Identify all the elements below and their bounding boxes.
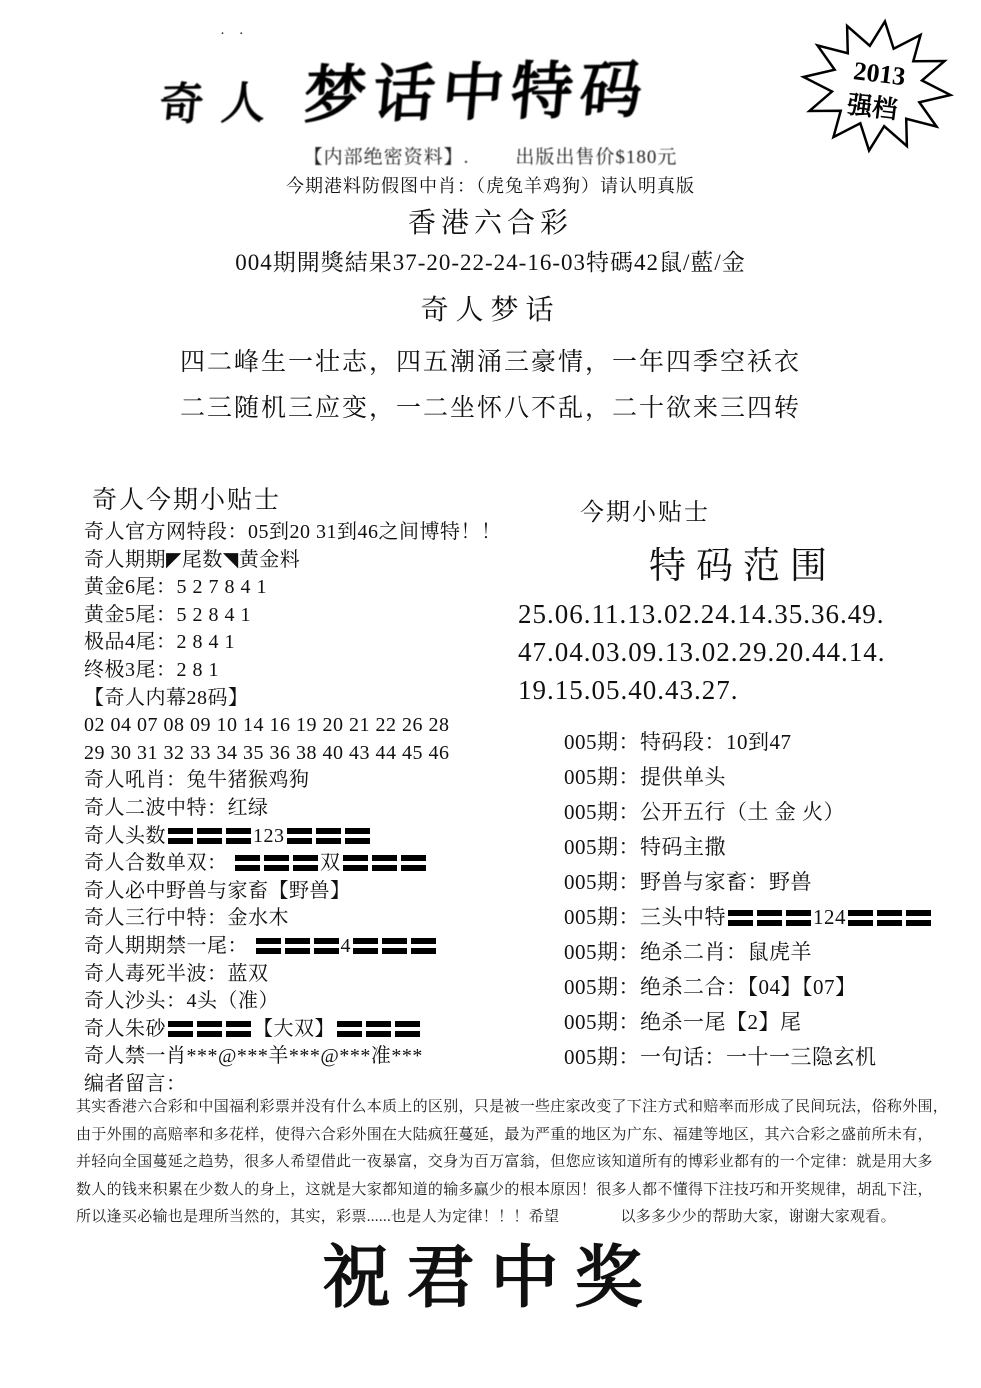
tip-text: 124: [813, 905, 846, 929]
tip-row: 005期：特码主撒: [564, 830, 968, 865]
tip-text: 奇人必中野兽与家畜【野兽】: [84, 880, 351, 902]
tip-row: 由于外围的高赔率和多花样，使得六合彩外围在大陆疯狂蔓延，最为严重的地区为广东、福…: [76, 1122, 960, 1150]
tip-text: 黄金6尾：5 2 7 8 4 1: [84, 576, 267, 598]
tip-row: 奇人合数单双： 双: [84, 850, 564, 878]
tip-row: 005期：绝杀二肖：鼠虎羊: [564, 935, 968, 970]
tip-row: 数人的钱来积累在少数人的身上，这就是大家都知道的输多赢少的根本原因！很多人都不懂…: [76, 1177, 960, 1205]
censor-bar-icon: [337, 1021, 362, 1037]
tip-text: 29 30 31 32 33 34 35 36 38 40 43 44 45 4…: [84, 742, 450, 764]
tip-row: 奇人头数123: [84, 823, 564, 851]
special-code-range-numbers: 25.06.11.13.02.24.14.35.36.49.47.04.03.0…: [518, 595, 968, 709]
tip-text: 黄金5尾：5 2 8 4 1: [84, 604, 251, 626]
tip-row: 02 04 07 08 09 10 14 16 19 20 21 22 26 2…: [84, 712, 564, 740]
censor-bar-icon: [226, 1021, 251, 1037]
tip-text: 由于外围的高赔率和多花样，使得六合彩外围在大陆疯狂蔓延，最为严重的地区为广东、福…: [76, 1127, 933, 1143]
tip-text: 终极3尾：2 8 1: [84, 659, 219, 681]
tip-text: 005期：绝杀二合：【04】【07】: [564, 975, 857, 999]
censor-bar-icon: [372, 855, 397, 871]
tip-row: 【奇人内幕28码】: [84, 685, 564, 713]
tip-text: 奇人禁一肖***@***羊***@***准***: [84, 1045, 423, 1067]
tip-row: 其实香港六合彩和中国福利彩票并没有什么本质上的区别，只是被一些庄家改变了下注方式…: [76, 1094, 960, 1122]
tip-text: 005期：公开五行（土 金 火）: [564, 800, 845, 824]
censor-bar-icon: [168, 1021, 193, 1037]
page-title-main: 梦话中特码: [301, 57, 652, 131]
tip-row: 奇人三行中特：金水木: [84, 905, 564, 933]
tip-row: 奇人朱砂【大双】: [84, 1016, 564, 1044]
tip-text: 双: [320, 852, 341, 874]
page-title: 奇人梦话中特码: [0, 37, 814, 140]
tip-row: 19.15.05.40.43.27.: [518, 671, 968, 709]
tip-row: 25.06.11.13.02.24.14.35.36.49.: [518, 595, 968, 633]
tip-row: 并轻向全国蔓延之趋势，很多人希望借此一夜暴富，交身为百万富翁，但您应该知道所有的…: [76, 1149, 960, 1177]
censor-bar-icon: [293, 855, 318, 871]
tip-row: 005期：提供单头: [564, 760, 968, 795]
censor-bar-icon: [757, 910, 782, 926]
editor-note: 其实香港六合彩和中国福利彩票并没有什么本质上的区别，只是被一些庄家改变了下注方式…: [76, 1094, 960, 1232]
censor-bar-icon: [226, 828, 251, 844]
left-tips-column: 奇人今期小贴士 奇人官方网特段：05到20 31到46之间博特！！奇人期期◤尾数…: [84, 480, 564, 1098]
tip-text: 005期：绝杀一尾【2】尾: [564, 1010, 802, 1034]
poem: 四二峰生一壮志，四五潮涌三豪情，一年四季空袄衣 二三随机三应变，一二坐怀八不乱，…: [0, 340, 981, 432]
header-secret-price-line: 【内部绝密资料】.出版出售价$180元: [0, 142, 981, 169]
tip-row: 47.04.03.09.13.02.29.20.44.14.: [518, 633, 968, 671]
issue-005-tips-rows: 005期：特码段：10到47005期：提供单头005期：公开五行（土 金 火）0…: [518, 725, 968, 1075]
left-tips-heading: 奇人今期小贴士: [92, 480, 564, 516]
tip-row: 黄金5尾：5 2 8 4 1: [84, 602, 564, 630]
tip-text: 其实香港六合彩和中国福利彩票并没有什么本质上的区别，只是被一些庄家改变了下注方式…: [76, 1099, 948, 1115]
right-tips-heading: 今期小贴士: [580, 492, 968, 527]
poem-line-1: 四二峰生一壮志，四五潮涌三豪情，一年四季空袄衣: [0, 340, 981, 386]
tip-text: 编者留言：: [84, 1073, 187, 1095]
tip-text: 极品4尾：2 8 4 1: [84, 631, 235, 653]
tip-text: 47.04.03.09.13.02.29.20.44.14.: [518, 637, 886, 667]
censor-bar-icon: [786, 910, 811, 926]
left-tips-rows: 奇人官方网特段：05到20 31到46之间博特！！奇人期期◤尾数◥黄金料黄金6尾…: [84, 519, 564, 1098]
censor-bar-icon: [353, 938, 378, 954]
page-title-prefix: 奇人: [157, 78, 285, 129]
tip-row: 005期：绝杀二合：【04】【07】: [564, 970, 968, 1005]
tip-row: 奇人必中野兽与家畜【野兽】: [84, 878, 564, 906]
secret-label: 【内部绝密资料】.: [304, 147, 470, 168]
tip-text: 奇人朱砂: [84, 1018, 166, 1040]
tip-text: 005期：绝杀二肖：鼠虎羊: [564, 940, 812, 964]
tip-row: 29 30 31 32 33 34 35 36 38 40 43 44 45 4…: [84, 740, 564, 768]
censor-bar-icon: [345, 828, 370, 844]
tip-text: 奇人合数单双：: [84, 852, 233, 874]
censor-bar-icon: [382, 938, 407, 954]
tip-row: 005期：三头中特124: [564, 900, 968, 935]
lottery-name: 香港六合彩: [0, 201, 981, 241]
censor-bar-icon: [343, 855, 368, 871]
tip-row: 005期：特码段：10到47: [564, 725, 968, 760]
anti-fake-line: 今期港料防假图中肖：（虎兔羊鸡狗）请认明真版: [0, 172, 981, 198]
censor-bar-icon: [906, 910, 931, 926]
tip-text: 奇人吼肖：兔牛猪猴鸡狗: [84, 769, 310, 791]
tip-text: 数人的钱来积累在少数人的身上，这就是大家都知道的输多赢少的根本原因！很多人都不懂…: [76, 1182, 933, 1198]
tip-text: 19.15.05.40.43.27.: [518, 675, 739, 705]
censor-bar-icon: [848, 910, 873, 926]
censor-bar-icon: [366, 1021, 391, 1037]
price-label: 出版出售价$180元: [515, 147, 677, 168]
blessing-text: 祝君中奖: [0, 1224, 981, 1321]
censor-bar-icon: [287, 828, 312, 844]
censor-bar-icon: [235, 855, 260, 871]
censor-bar-icon: [314, 938, 339, 954]
tip-text: 【奇人内幕28码】: [84, 687, 249, 709]
censor-bar-icon: [256, 938, 281, 954]
censor-bar-icon: [197, 1021, 222, 1037]
tip-row: 005期：野兽与家畜：野兽: [564, 865, 968, 900]
special-code-range-title: 特码范围: [518, 535, 968, 589]
censor-bar-icon: [395, 1021, 420, 1037]
poem-line-2: 二三随机三应变，一二坐怀八不乱，二十欲来三四转: [0, 386, 981, 432]
tip-text: 005期：特码主撒: [564, 835, 726, 859]
right-tips-column: 今期小贴士 特码范围 25.06.11.13.02.24.14.35.36.49…: [518, 492, 968, 1075]
censor-bar-icon: [264, 855, 289, 871]
tip-text: 005期：一句话：一十一三隐玄机: [564, 1045, 877, 1069]
censor-bar-icon: [316, 828, 341, 844]
censor-bar-icon: [197, 828, 222, 844]
censor-bar-icon: [168, 828, 193, 844]
scanned-lottery-sheet: · · 奇人梦话中特码 2013 强档 【内部绝密资料】.出版出售价$180元 …: [0, 0, 981, 1388]
tip-row: 奇人期期◤尾数◥黄金料: [84, 547, 564, 575]
tip-row: 极品4尾：2 8 4 1: [84, 629, 564, 657]
tip-text: 奇人头数: [84, 825, 166, 847]
section-title: 奇人梦话: [0, 288, 981, 328]
tip-row: 黄金6尾：5 2 7 8 4 1: [84, 574, 564, 602]
tip-row: 005期：一句话：一十一三隐玄机: [564, 1040, 968, 1075]
tip-row: 奇人官方网特段：05到20 31到46之间博特！！: [84, 519, 564, 547]
tip-text: 005期：提供单头: [564, 765, 726, 789]
tip-text: 005期：特码段：10到47: [564, 730, 792, 754]
tip-text: 奇人三行中特：金水木: [84, 907, 289, 929]
tip-row: 005期：绝杀一尾【2】尾: [564, 1005, 968, 1040]
tip-text: 【大双】: [253, 1018, 335, 1040]
tip-text: 奇人期期禁一尾：: [84, 935, 254, 957]
tip-text: 并轻向全国蔓延之趋势，很多人希望借此一夜暴富，交身为百万富翁，但您应该知道所有的…: [76, 1154, 933, 1170]
tip-text: 123: [253, 825, 285, 847]
tip-row: 奇人期期禁一尾： 4: [84, 933, 564, 961]
tip-text: 02 04 07 08 09 10 14 16 19 20 21 22 26 2…: [84, 714, 450, 736]
tip-text: 所以逢买必输也是理所当然的，其实，彩票......也是人为定律！！！希望 以多多…: [76, 1209, 896, 1225]
tip-row: 终极3尾：2 8 1: [84, 657, 564, 685]
tip-text: 4: [341, 935, 352, 957]
tip-text: 005期：三头中特: [564, 905, 726, 929]
tip-row: 奇人沙头：4头（准）: [84, 988, 564, 1016]
censor-bar-icon: [285, 938, 310, 954]
censor-bar-icon: [728, 910, 753, 926]
tip-row: 奇人禁一肖***@***羊***@***准***: [84, 1043, 564, 1071]
censor-bar-icon: [401, 855, 426, 871]
tip-row: 奇人二波中特：红绿: [84, 795, 564, 823]
scan-artifact-dots: · ·: [220, 26, 249, 43]
tip-text: 奇人二波中特：红绿: [84, 797, 269, 819]
censor-bar-icon: [411, 938, 436, 954]
tip-text: 奇人沙头：4头（准）: [84, 990, 279, 1012]
tip-text: 005期：野兽与家畜：野兽: [564, 870, 812, 894]
tip-row: 005期：公开五行（土 金 火）: [564, 795, 968, 830]
tip-row: 奇人毒死半波：蓝双: [84, 961, 564, 989]
censor-bar-icon: [877, 910, 902, 926]
tip-text: 奇人期期◤尾数◥黄金料: [84, 549, 300, 571]
tip-text: 奇人毒死半波：蓝双: [84, 963, 269, 985]
tip-row: 奇人吼肖：兔牛猪猴鸡狗: [84, 767, 564, 795]
tip-text: 奇人官方网特段：05到20 31到46之间博特！！: [84, 521, 502, 543]
tip-text: 25.06.11.13.02.24.14.35.36.49.: [518, 599, 885, 629]
draw-result: 004期開獎結果37-20-22-24-16-03特碼42鼠/藍/金: [0, 244, 981, 277]
